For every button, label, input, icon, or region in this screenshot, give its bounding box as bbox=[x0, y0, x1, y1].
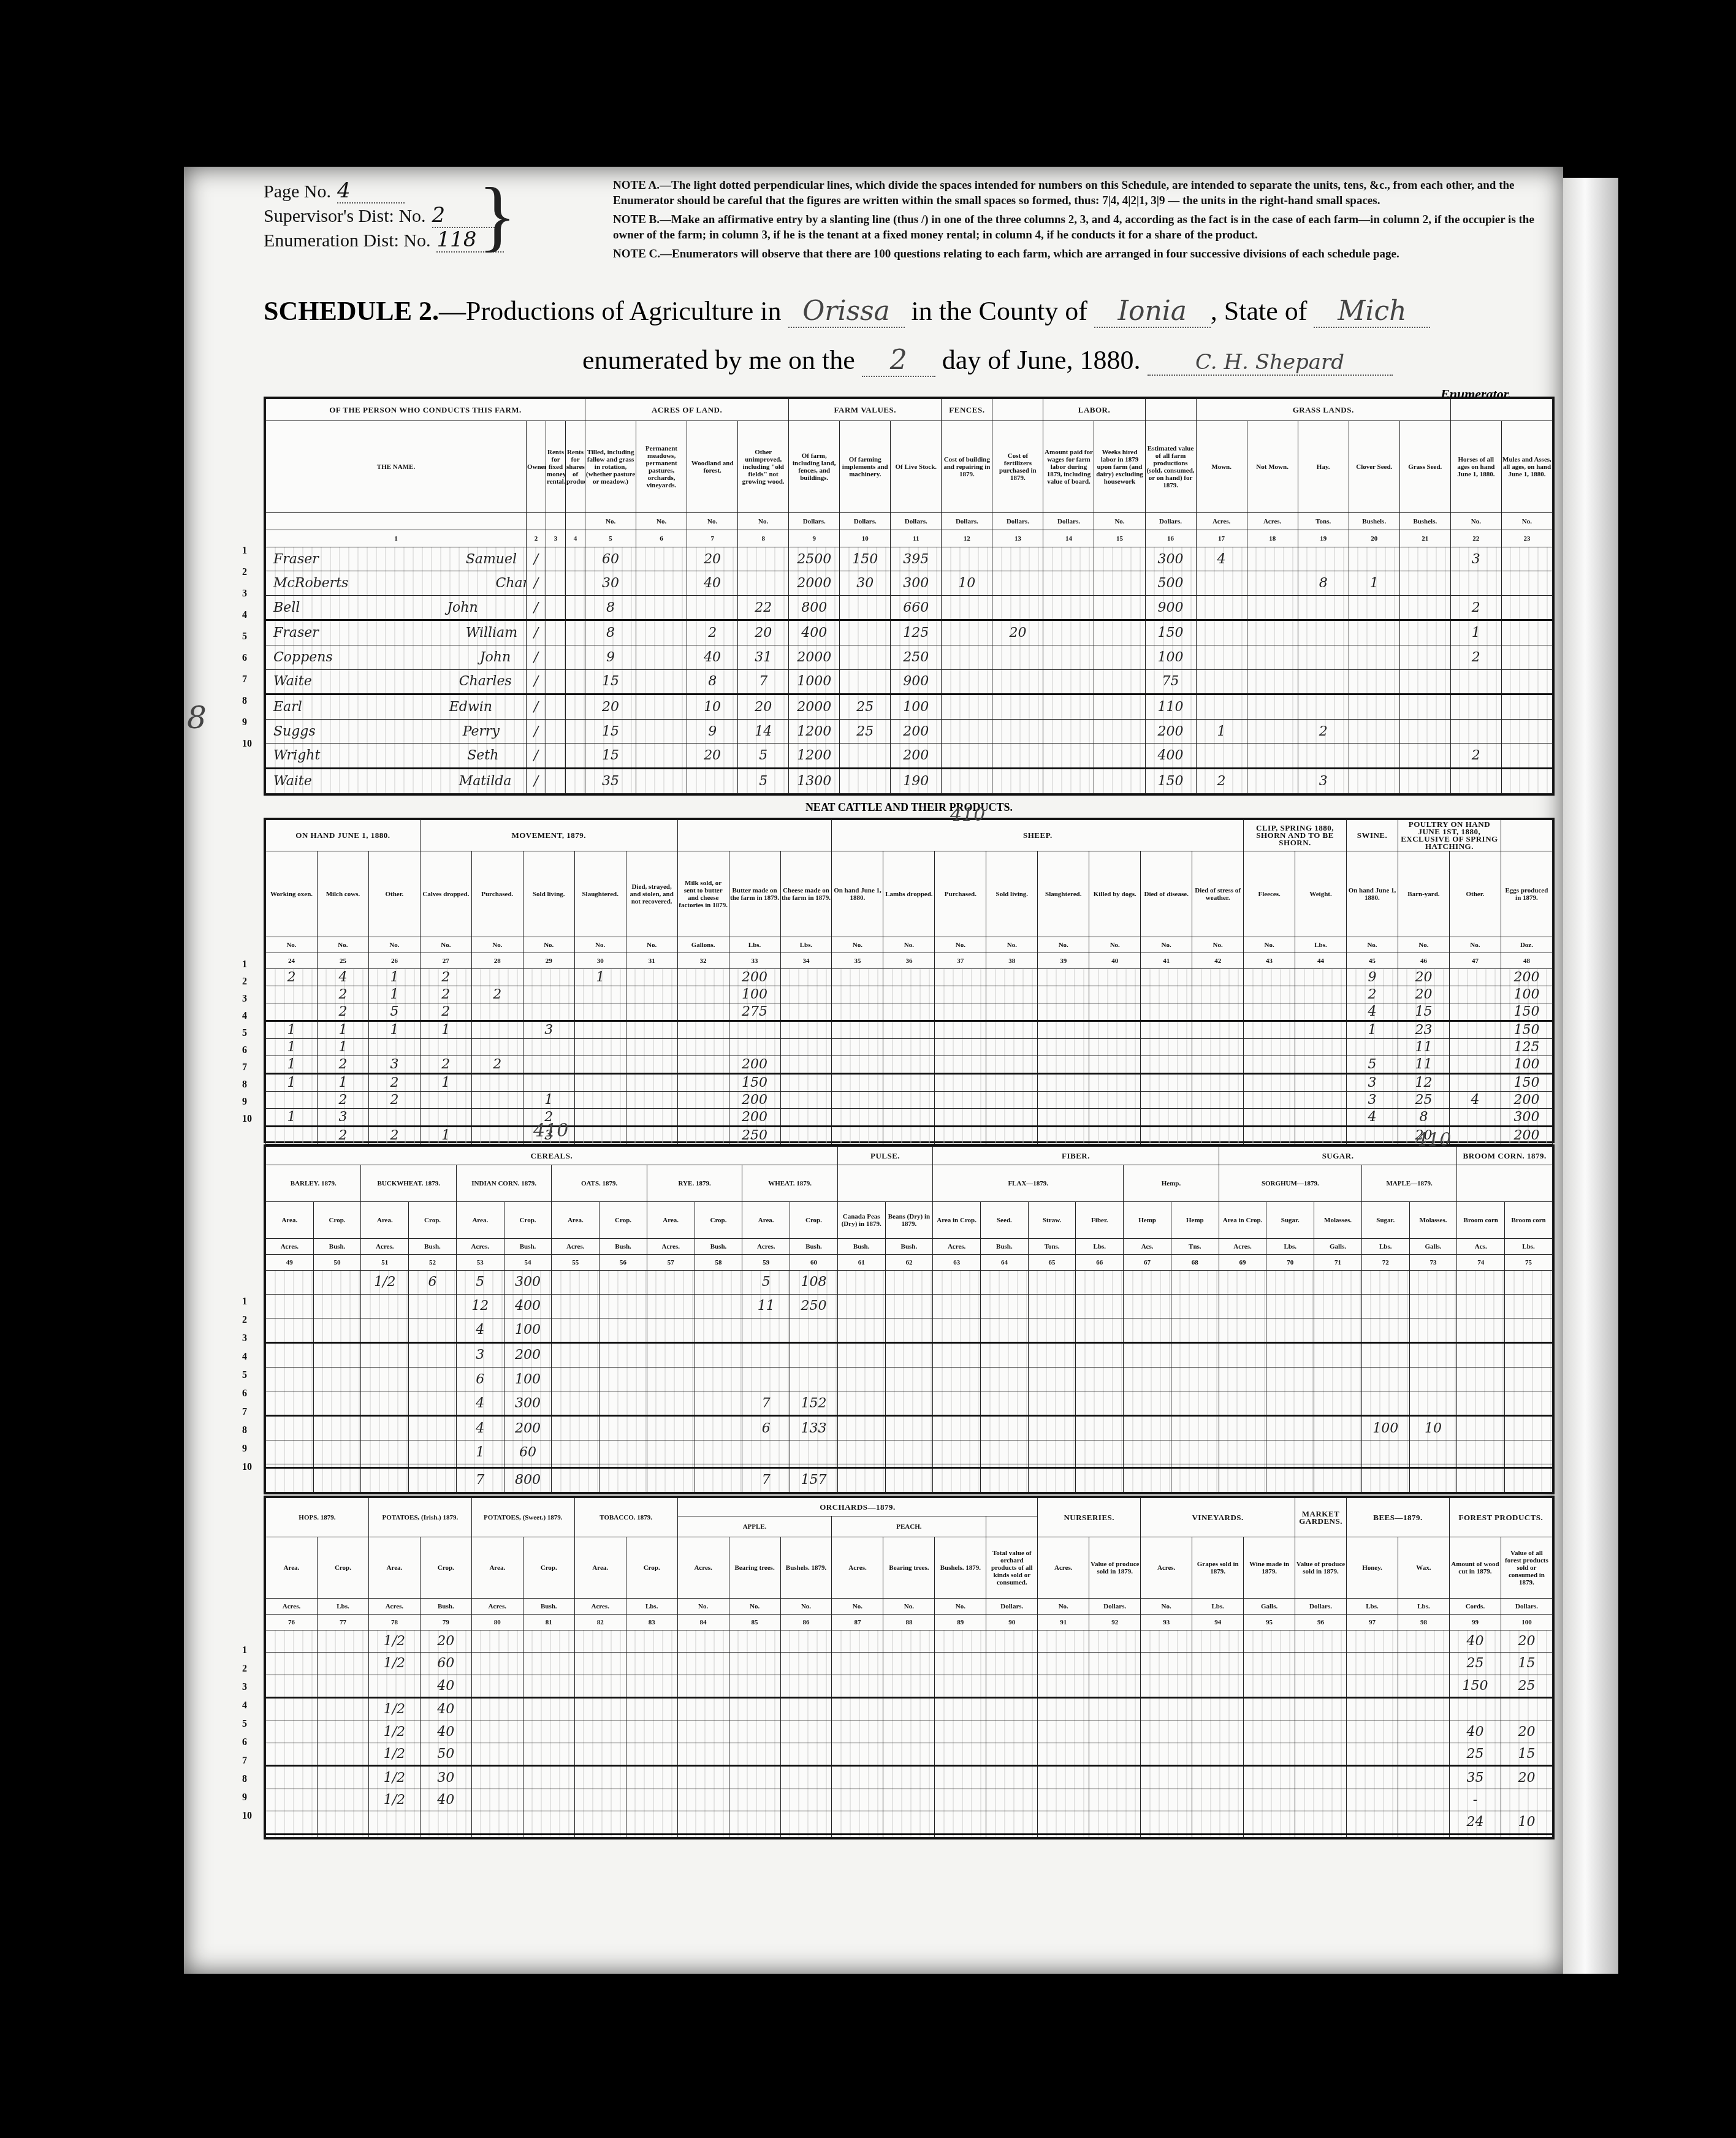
column-number: 99 bbox=[1449, 1615, 1501, 1630]
column-number: 52 bbox=[409, 1255, 457, 1271]
column-header: Died of disease. bbox=[1141, 851, 1192, 937]
table-cell: WaiteMatilda bbox=[266, 769, 527, 794]
table-cell: 1200 bbox=[789, 744, 840, 769]
table-cell bbox=[837, 1271, 885, 1295]
table-cell bbox=[1398, 1834, 1449, 1837]
table-cell: 250 bbox=[729, 1127, 780, 1144]
table-cell: 2 bbox=[317, 1127, 368, 1144]
table-cell bbox=[986, 1653, 1038, 1675]
table-cell bbox=[1192, 1834, 1244, 1837]
table-cell: 75 bbox=[1145, 669, 1196, 694]
schedule-number: SCHEDULE 2. bbox=[264, 296, 439, 326]
table-cell bbox=[1043, 645, 1094, 669]
table-cell bbox=[471, 1653, 523, 1675]
table-cell bbox=[574, 1766, 626, 1789]
table-cell bbox=[1089, 1743, 1141, 1766]
row-number: 2 bbox=[242, 1315, 247, 1326]
group-potatoes-sweet: POTATOES, (Sweet.) 1879. bbox=[471, 1498, 574, 1537]
table-cell bbox=[1028, 1318, 1076, 1342]
table-cell bbox=[1314, 1271, 1362, 1295]
table-cell bbox=[1295, 969, 1347, 986]
column-header: Molasses. bbox=[1314, 1202, 1362, 1239]
table-cell: 40 bbox=[420, 1789, 471, 1811]
table-cell bbox=[1124, 1440, 1171, 1464]
table-cell bbox=[1171, 1467, 1219, 1492]
column-number: 80 bbox=[471, 1615, 523, 1630]
table-cell bbox=[1244, 1789, 1295, 1811]
column-header: Sugar. bbox=[1361, 1202, 1409, 1239]
table-cell: 200 bbox=[729, 1109, 780, 1127]
table-cell bbox=[1314, 1416, 1362, 1440]
table-cell bbox=[1076, 1440, 1124, 1464]
column-header: Fleeces. bbox=[1244, 851, 1295, 937]
column-header: Woodland and forest. bbox=[687, 421, 738, 513]
column-header: Crop. bbox=[504, 1202, 552, 1239]
row-number: 5 bbox=[242, 631, 247, 642]
table-cell bbox=[1219, 1368, 1266, 1391]
table-cell bbox=[1398, 1743, 1449, 1766]
table-cell bbox=[1399, 595, 1450, 620]
table-cell bbox=[1457, 1416, 1505, 1440]
surname: Waite bbox=[273, 774, 312, 789]
table-cell bbox=[471, 1127, 523, 1144]
table-cell bbox=[742, 1342, 790, 1367]
table-cell bbox=[1141, 1003, 1192, 1021]
table-cell bbox=[738, 571, 789, 595]
table-cell: 20 bbox=[738, 620, 789, 645]
annotation-410: 410 bbox=[1416, 1129, 1451, 1151]
table-cell bbox=[266, 1630, 318, 1653]
table-cell bbox=[1409, 1318, 1457, 1342]
table-cell: McRobertsCharles bbox=[266, 571, 527, 595]
table-cell: 200 bbox=[729, 969, 780, 986]
table-cell bbox=[1171, 1391, 1219, 1415]
table-cell bbox=[1501, 595, 1552, 620]
table-cell: 100 bbox=[1145, 645, 1196, 669]
column-number: 48 bbox=[1501, 953, 1552, 969]
column-unit: Acres. bbox=[1219, 1239, 1266, 1255]
table-cell bbox=[1314, 1368, 1362, 1391]
table-cell bbox=[1501, 694, 1552, 720]
column-header: Weight. bbox=[1295, 851, 1347, 937]
table-cell bbox=[523, 969, 574, 986]
table-cell bbox=[647, 1440, 695, 1464]
column-header: Died of stress of weather. bbox=[1192, 851, 1244, 937]
table-cell: 150 bbox=[1501, 1021, 1552, 1039]
column-unit: Dollars. bbox=[1501, 1599, 1552, 1615]
column-unit: Bush. bbox=[420, 1599, 471, 1615]
table-cell bbox=[1089, 969, 1141, 986]
table-cell: 275 bbox=[729, 1003, 780, 1021]
table-cell bbox=[566, 669, 585, 694]
column-unit: No. bbox=[1038, 1599, 1089, 1615]
surname: McRoberts bbox=[273, 576, 348, 591]
table-cell bbox=[574, 1789, 626, 1811]
annotation-410: 410 bbox=[533, 1120, 568, 1141]
table-cell bbox=[1124, 1294, 1171, 1318]
table-cell bbox=[1043, 547, 1094, 571]
table-cell bbox=[1298, 645, 1349, 669]
table-cell: 20 bbox=[1501, 1721, 1552, 1743]
table-cell bbox=[313, 1467, 361, 1492]
column-header: Area. bbox=[456, 1202, 504, 1239]
column-unit: Bush. bbox=[523, 1599, 574, 1615]
table-cell bbox=[420, 1109, 471, 1127]
table-cell bbox=[1094, 571, 1145, 595]
column-number: 75 bbox=[1505, 1255, 1553, 1271]
table-cell bbox=[1295, 1789, 1347, 1811]
table-row: 1/240 bbox=[266, 1698, 1553, 1721]
table-cell: / bbox=[527, 595, 546, 620]
table-cell bbox=[1295, 1834, 1347, 1837]
table-cell: 2 bbox=[317, 1003, 368, 1021]
table-cell bbox=[981, 1342, 1029, 1367]
table-cell bbox=[471, 1721, 523, 1743]
column-unit: Bushels. bbox=[1399, 513, 1450, 530]
table-cell: 157 bbox=[790, 1467, 838, 1492]
table-cell bbox=[885, 1294, 933, 1318]
table-cell bbox=[935, 1021, 986, 1039]
table-cell: 1 bbox=[420, 1074, 471, 1092]
column-header: Eggs produced in 1879. bbox=[1501, 851, 1552, 937]
column-header: Weeks hired labor in 1879 upon farm (and… bbox=[1094, 421, 1145, 513]
table-cell: 2 bbox=[687, 620, 738, 645]
column-unit: Acres. bbox=[266, 1599, 318, 1615]
table-cell: / bbox=[527, 744, 546, 769]
state-value: Mich bbox=[1314, 295, 1430, 328]
column-header: Value of produce sold in 1879. bbox=[1295, 1537, 1347, 1599]
table-cell: / bbox=[527, 645, 546, 669]
table-cell: 1 bbox=[1347, 1021, 1398, 1039]
table-cell bbox=[1266, 1368, 1314, 1391]
column-number: 54 bbox=[504, 1255, 552, 1271]
table-cell bbox=[471, 1743, 523, 1766]
table-cell: 250 bbox=[891, 645, 942, 669]
table-cell bbox=[1028, 1467, 1076, 1492]
table-cell bbox=[677, 1092, 729, 1109]
table-cell: / bbox=[527, 769, 546, 794]
column-header: Crop. bbox=[313, 1202, 361, 1239]
table-cell bbox=[883, 986, 935, 1003]
table-cell: 24 bbox=[1449, 1811, 1501, 1835]
column-unit: No. bbox=[574, 937, 626, 953]
table-cell bbox=[626, 1811, 677, 1835]
table-cell bbox=[790, 1440, 838, 1464]
table-cell: / bbox=[527, 620, 546, 645]
column-number: 81 bbox=[523, 1615, 574, 1630]
table-cell bbox=[600, 1271, 647, 1295]
column-number: 32 bbox=[677, 953, 729, 969]
table-cell: 25 bbox=[840, 720, 891, 744]
table-cell: FraserWilliam bbox=[266, 620, 527, 645]
table-cell: 900 bbox=[891, 669, 942, 694]
column-unit: Bush. bbox=[600, 1239, 647, 1255]
table-cell: 100 bbox=[1501, 1056, 1552, 1074]
table-cell: 50 bbox=[420, 1743, 471, 1766]
group-flax: FLAX—1879. bbox=[933, 1165, 1124, 1202]
table-cell: 2 bbox=[471, 1056, 523, 1074]
table-cell bbox=[677, 1127, 729, 1144]
table-cell: 2 bbox=[420, 1056, 471, 1074]
table-cell bbox=[626, 969, 677, 986]
table-cell bbox=[1247, 669, 1298, 694]
table-cell bbox=[1043, 595, 1094, 620]
table-cell bbox=[1141, 1675, 1192, 1698]
table-cell bbox=[1141, 1721, 1192, 1743]
surname: Earl bbox=[273, 699, 302, 715]
column-unit: Lbs. bbox=[1347, 1599, 1398, 1615]
table-cell bbox=[600, 1342, 647, 1367]
table-cell bbox=[832, 1653, 883, 1675]
table-cell bbox=[574, 1811, 626, 1835]
column-number: 8 bbox=[738, 530, 789, 547]
table-cell bbox=[1038, 1127, 1089, 1144]
group-hemp: Hemp. bbox=[1124, 1165, 1219, 1202]
table-cell bbox=[986, 969, 1038, 986]
table-cell: 1 bbox=[523, 1092, 574, 1109]
table-cell bbox=[546, 547, 566, 571]
table-cell bbox=[1298, 595, 1349, 620]
table-row: 2212003254200 bbox=[266, 1092, 1553, 1109]
table-cell bbox=[935, 1743, 986, 1766]
table-cell bbox=[626, 1721, 677, 1743]
table-cell bbox=[1219, 1391, 1266, 1415]
table-cell bbox=[626, 1630, 677, 1653]
table-cell bbox=[1244, 1675, 1295, 1698]
table-cell bbox=[1028, 1294, 1076, 1318]
livestock-title: NEAT CATTLE AND THEIR PRODUCTS. bbox=[265, 801, 1553, 814]
table-cell bbox=[832, 1630, 883, 1653]
column-header: Molasses. bbox=[1409, 1202, 1457, 1239]
row-number: 9 bbox=[242, 717, 247, 728]
table-cell bbox=[600, 1440, 647, 1464]
table-cell bbox=[266, 1318, 314, 1342]
table-cell: 40 bbox=[420, 1721, 471, 1743]
column-unit: Gallons. bbox=[677, 937, 729, 953]
table-cell: 15 bbox=[1398, 1003, 1449, 1021]
table-cell bbox=[1038, 1743, 1089, 1766]
table-cell bbox=[935, 1056, 986, 1074]
farm-table: OF THE PERSON WHO CONDUCTS THIS FARM. AC… bbox=[265, 398, 1553, 794]
table-cell: 1 bbox=[1196, 720, 1247, 744]
table-cell bbox=[626, 1127, 677, 1144]
table-cell bbox=[1244, 1811, 1295, 1835]
table-cell bbox=[361, 1391, 409, 1415]
column-unit: Lbs. bbox=[1295, 937, 1347, 953]
group-orchards: ORCHARDS—1879. bbox=[677, 1498, 1038, 1516]
table-cell bbox=[1247, 645, 1298, 669]
group-person: OF THE PERSON WHO CONDUCTS THIS FARM. bbox=[266, 399, 585, 421]
table-cell: WrightSeth bbox=[266, 744, 527, 769]
table-cell bbox=[523, 1811, 574, 1835]
table-cell bbox=[883, 1021, 935, 1039]
table-cell: 200 bbox=[1145, 720, 1196, 744]
table-cell bbox=[1247, 595, 1298, 620]
table-cell: 8 bbox=[585, 595, 636, 620]
table-cell bbox=[1314, 1467, 1362, 1492]
column-unit: Acres. bbox=[1247, 513, 1298, 530]
table-cell bbox=[1505, 1467, 1553, 1492]
table-cell bbox=[1192, 1743, 1244, 1766]
table-cell bbox=[1398, 1789, 1449, 1811]
table-cell bbox=[1361, 1342, 1409, 1367]
table-cell bbox=[1399, 571, 1450, 595]
table-cell bbox=[883, 1698, 935, 1721]
column-header: Value of all forest products sold or con… bbox=[1501, 1537, 1552, 1599]
column-number: 3 bbox=[546, 530, 566, 547]
column-header: Crop. bbox=[790, 1202, 838, 1239]
table-cell bbox=[695, 1391, 742, 1415]
table-row: 78007157 bbox=[266, 1467, 1553, 1492]
table-cell: 9 bbox=[687, 720, 738, 744]
table-cell bbox=[266, 1698, 318, 1721]
table-cell bbox=[552, 1294, 600, 1318]
group-maple: MAPLE—1879. bbox=[1361, 1165, 1456, 1202]
table-cell: 100 bbox=[1501, 986, 1552, 1003]
column-header: Amount of wood cut in 1879. bbox=[1449, 1537, 1501, 1599]
table-cell bbox=[1247, 547, 1298, 571]
table-cell: 8 bbox=[687, 669, 738, 694]
page-identifiers: Page No.4 Supervisor's Dist: No.2 Enumer… bbox=[264, 179, 504, 253]
column-header: Other. bbox=[368, 851, 420, 937]
table-cell bbox=[471, 1766, 523, 1789]
table-cell bbox=[471, 1021, 523, 1039]
table-cell bbox=[368, 1811, 420, 1835]
row-number: 3 bbox=[242, 588, 247, 599]
row-number: 8 bbox=[242, 1079, 247, 1090]
table-cell bbox=[523, 1039, 574, 1056]
table-cell bbox=[566, 769, 585, 794]
table-cell bbox=[1089, 1109, 1141, 1127]
given-name: Charles bbox=[459, 674, 512, 689]
table-cell bbox=[1094, 547, 1145, 571]
table-cell bbox=[1089, 1021, 1141, 1039]
column-unit: Bush. bbox=[409, 1239, 457, 1255]
column-header: Fiber. bbox=[1076, 1202, 1124, 1239]
table-cell bbox=[1247, 720, 1298, 744]
table-row: 2122100220100 bbox=[266, 986, 1553, 1003]
table-cell bbox=[1094, 669, 1145, 694]
table-cell bbox=[409, 1318, 457, 1342]
column-unit: Dollars. bbox=[942, 513, 992, 530]
column-number: 74 bbox=[1457, 1255, 1505, 1271]
column-number: 67 bbox=[1124, 1255, 1171, 1271]
table-cell bbox=[1038, 1834, 1089, 1837]
column-header: Butter made on the farm in 1879. bbox=[729, 851, 780, 937]
table-cell: 4 bbox=[1196, 547, 1247, 571]
table-cell: 2 bbox=[420, 986, 471, 1003]
table-cell bbox=[1076, 1318, 1124, 1342]
table-row: WaiteMatilda/355130019015023 bbox=[266, 769, 1553, 794]
group-wheat: WHEAT. 1879. bbox=[742, 1165, 837, 1202]
table-cell bbox=[1094, 769, 1145, 794]
table-cell: 2 bbox=[368, 1127, 420, 1144]
table-cell bbox=[883, 969, 935, 986]
table-cell: 300 bbox=[891, 571, 942, 595]
table-cell bbox=[1457, 1342, 1505, 1367]
column-unit: No. bbox=[585, 513, 636, 530]
row-number: 9 bbox=[242, 1097, 247, 1108]
table-cell: 10 bbox=[942, 571, 992, 595]
table-cell: 2 bbox=[1450, 645, 1501, 669]
blank-header bbox=[1457, 1165, 1553, 1202]
table-cell: 2 bbox=[420, 1003, 471, 1021]
table-cell bbox=[420, 1039, 471, 1056]
group-nurseries: NURSERIES. bbox=[1038, 1498, 1141, 1537]
table-cell bbox=[626, 1653, 677, 1675]
row-number: 6 bbox=[242, 653, 247, 664]
table-row: 1/240- bbox=[266, 1789, 1553, 1811]
table-cell bbox=[883, 1811, 935, 1835]
table-cell: 25 bbox=[1449, 1743, 1501, 1766]
table-cell: 395 bbox=[891, 547, 942, 571]
column-header: Clover Seed. bbox=[1349, 421, 1399, 513]
table-cell bbox=[1244, 1698, 1295, 1721]
column-unit: Bush. bbox=[695, 1239, 742, 1255]
group-sorghum: SORGHUM—1879. bbox=[1219, 1165, 1361, 1202]
table-cell bbox=[883, 1127, 935, 1144]
table-cell bbox=[837, 1440, 885, 1464]
table-cell bbox=[1089, 1834, 1141, 1837]
table-cell bbox=[935, 1630, 986, 1653]
table-cell bbox=[1141, 1653, 1192, 1675]
table-cell bbox=[600, 1368, 647, 1391]
table-cell bbox=[1043, 744, 1094, 769]
table-cell bbox=[1349, 694, 1399, 720]
table-cell bbox=[1043, 720, 1094, 744]
table-cell bbox=[1349, 547, 1399, 571]
column-header: On hand June 1, 1880. bbox=[1347, 851, 1398, 937]
table-cell bbox=[883, 1834, 935, 1837]
table-cell: 9 bbox=[585, 645, 636, 669]
column-header: Acres. bbox=[832, 1537, 883, 1599]
table-cell bbox=[1349, 669, 1399, 694]
table-cell: 40 bbox=[420, 1698, 471, 1721]
table-cell bbox=[471, 1789, 523, 1811]
column-number: 83 bbox=[626, 1615, 677, 1630]
table-cell bbox=[780, 1021, 832, 1039]
table-cell bbox=[1038, 1056, 1089, 1074]
column-unit: Bush. bbox=[981, 1239, 1029, 1255]
table-cell bbox=[986, 1811, 1038, 1835]
table-cell: 1/2 bbox=[368, 1766, 420, 1789]
table-cell bbox=[729, 1789, 780, 1811]
table-cell bbox=[266, 1440, 314, 1464]
table-cell bbox=[1219, 1416, 1266, 1440]
group-oats: OATS. 1879. bbox=[552, 1165, 647, 1202]
table-cell bbox=[1076, 1368, 1124, 1391]
table-cell: 20 bbox=[420, 1630, 471, 1653]
table-row: BellJohn/8228006609002 bbox=[266, 595, 1553, 620]
table-cell: 15 bbox=[585, 720, 636, 744]
table-cell bbox=[317, 1653, 368, 1675]
table-cell bbox=[409, 1294, 457, 1318]
table-cell bbox=[1361, 1467, 1409, 1492]
table-cell bbox=[935, 986, 986, 1003]
column-header: Other unimproved, including "old fields"… bbox=[738, 421, 789, 513]
table-cell bbox=[1298, 547, 1349, 571]
table-cell bbox=[695, 1318, 742, 1342]
table-cell: 2 bbox=[471, 986, 523, 1003]
table-cell bbox=[1505, 1416, 1553, 1440]
table-cell bbox=[677, 1675, 729, 1698]
table-cell bbox=[885, 1271, 933, 1295]
column-unit: No. bbox=[1244, 937, 1295, 953]
column-unit: No. bbox=[883, 1599, 935, 1615]
table-cell bbox=[1192, 1109, 1244, 1127]
table-cell bbox=[1449, 1109, 1501, 1127]
table-cell bbox=[1124, 1318, 1171, 1342]
